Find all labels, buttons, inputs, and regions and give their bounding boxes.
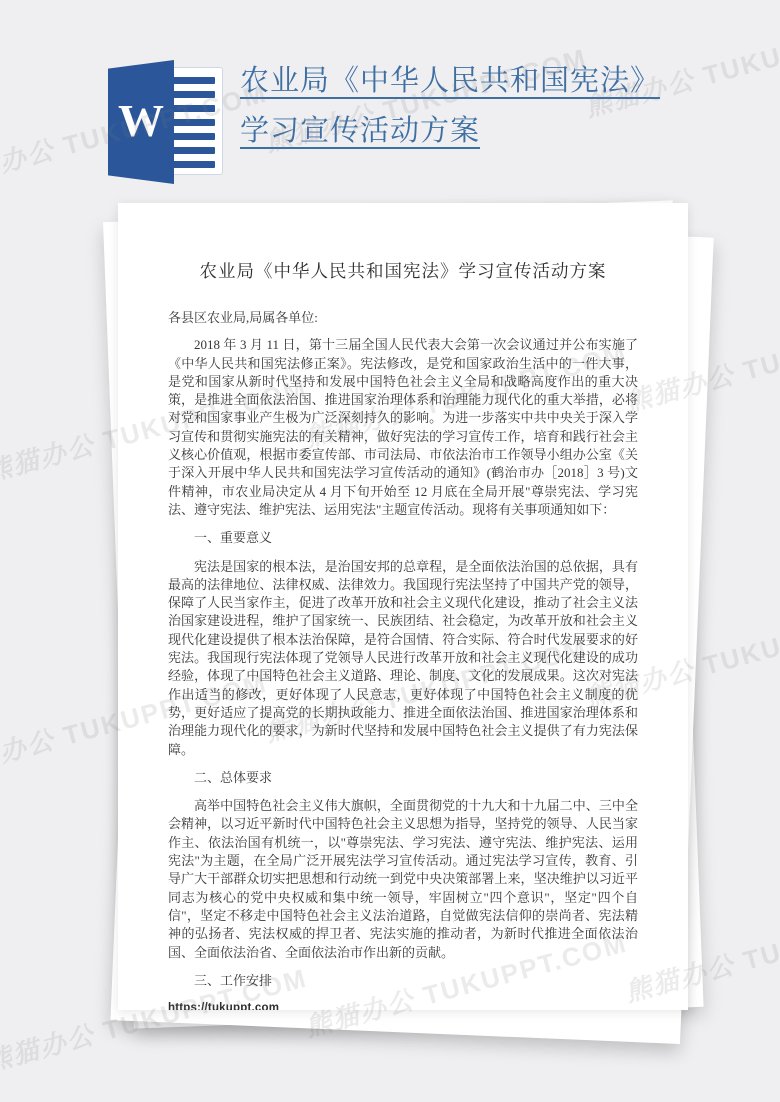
watermark-domain: TUKUPPT.COM <box>700 8 780 91</box>
word-document-icon: W <box>104 60 224 184</box>
word-icon-cover: W <box>108 60 174 184</box>
doc-intro-paragraph: 2018 年 3 月 11 日，第十三届全国人民代表大会第一次会议通过并公布实施… <box>168 336 638 519</box>
document-title-link[interactable]: 农业局《中华人民共和国宪法》学习宣传活动方案 <box>240 56 676 156</box>
watermark-brand: 熊猫办公 <box>0 1019 98 1077</box>
watermark-brand: 熊猫办公 <box>0 429 98 487</box>
word-icon-letter: W <box>118 94 164 147</box>
doc-salutation: 各县区农业局,局属各单位: <box>168 309 638 327</box>
page-canvas: W 农业局《中华人民共和国宪法》学习宣传活动方案 农业局《中华人民共和国宪法》学… <box>0 0 780 1102</box>
watermark-domain: TUKUPPT.COM <box>740 893 780 976</box>
header: W 农业局《中华人民共和国宪法》学习宣传活动方案 <box>104 56 684 184</box>
doc-section-2-body: 高举中国特色社会主义伟大旗帜，全面贯彻党的十九大和十九届二中、三中全会精神，以习… <box>168 797 638 962</box>
watermark-brand: 熊猫办公 <box>0 724 58 782</box>
watermark-domain: TUKUPPT.COM <box>740 303 780 386</box>
document-content: 农业局《中华人民共和国宪法》学习宣传活动方案 各县区农业局,局属各单位: 201… <box>168 258 638 1010</box>
doc-section-1-body: 宪法是国家的根本法，是治国安邦的总章程，是全面依法治国的总依据，具有最高的法律地… <box>168 558 638 759</box>
doc-footer-link: https://tukuppt.com <box>168 1002 638 1010</box>
doc-section-3-heading: 三、工作安排 <box>168 972 638 990</box>
doc-section-1-heading: 一、重要意义 <box>168 529 638 547</box>
doc-section-2-heading: 二、总体要求 <box>168 769 638 787</box>
watermark-domain: TUKUPPT.COM <box>700 598 780 681</box>
watermark-brand: 熊猫办公 <box>0 134 58 192</box>
document-page-preview[interactable]: 农业局《中华人民共和国宪法》学习宣传活动方案 各县区农业局,局属各单位: 201… <box>118 203 688 1010</box>
doc-page-title: 农业局《中华人民共和国宪法》学习宣传活动方案 <box>168 258 638 283</box>
